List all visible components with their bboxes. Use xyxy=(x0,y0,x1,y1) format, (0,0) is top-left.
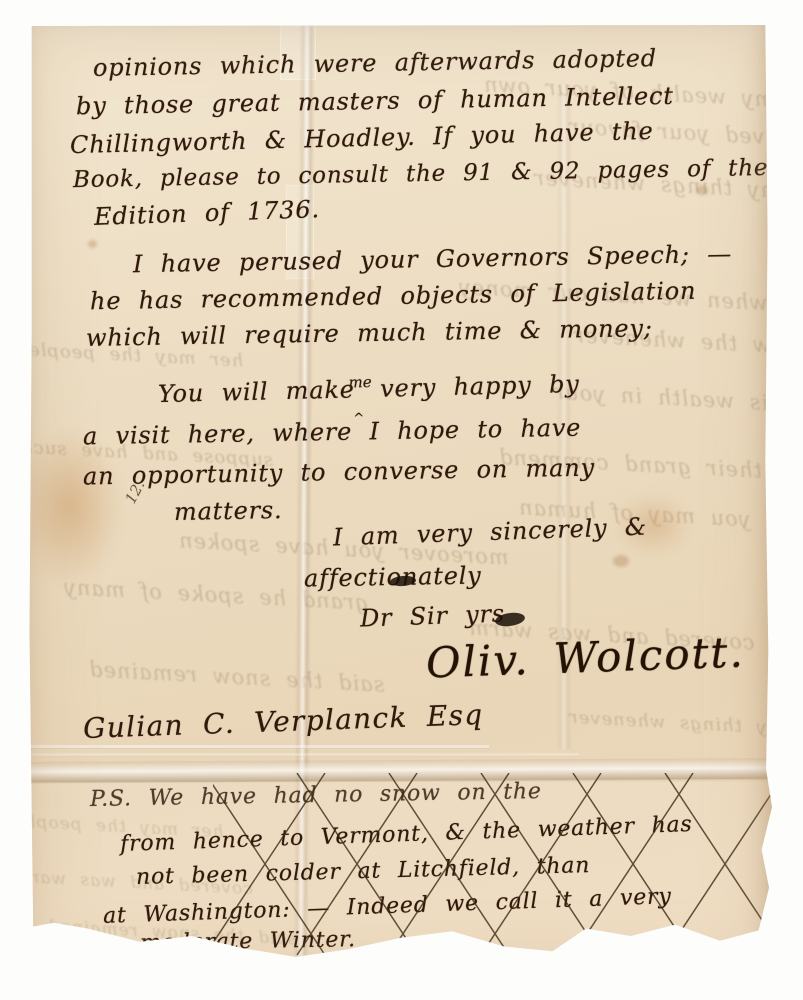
postscript-line: from hence to Vermont, & the weather has xyxy=(120,812,693,857)
letter-line: he has recommended objects of Legislatio… xyxy=(90,277,697,316)
inserted-word: me xyxy=(348,373,372,392)
postscript-line: P.S. We have had no snow on the xyxy=(90,779,542,812)
postscript-line: not been colder at Litchfield, than xyxy=(136,853,591,890)
letter-line: I have perused your Governors Speech; — xyxy=(133,240,732,278)
letter-line-text: very happy by xyxy=(380,370,580,403)
closing-line: Dr Sir yrs xyxy=(360,599,506,632)
postscript-line: moderate Winter. xyxy=(140,927,356,956)
fox-spot xyxy=(613,555,629,567)
horizontal-fold-crease xyxy=(28,745,489,749)
letter-line-text: You will make xyxy=(158,375,355,408)
letter-line: You will makeme^ very happy by xyxy=(158,370,580,408)
fox-spot xyxy=(88,240,97,248)
letter-paper-sheet: my wealth of your own have received your… xyxy=(28,25,772,973)
horizontal-fold-crease xyxy=(28,753,579,757)
closing-line: I am very sincerely & xyxy=(333,513,648,552)
letter-line: matters. xyxy=(174,496,283,526)
signature: Oliv. Wolcott. xyxy=(425,627,745,687)
bleedthrough-line: many things whenever xyxy=(568,707,803,741)
recipient-address-line: Gulian C. Verplanck Esq xyxy=(83,698,484,745)
horizontal-fold-crease xyxy=(28,758,772,784)
bleedthrough-line: said the snow remained xyxy=(88,657,386,697)
bleedthrough-line: of this wealth in your xyxy=(553,380,803,418)
